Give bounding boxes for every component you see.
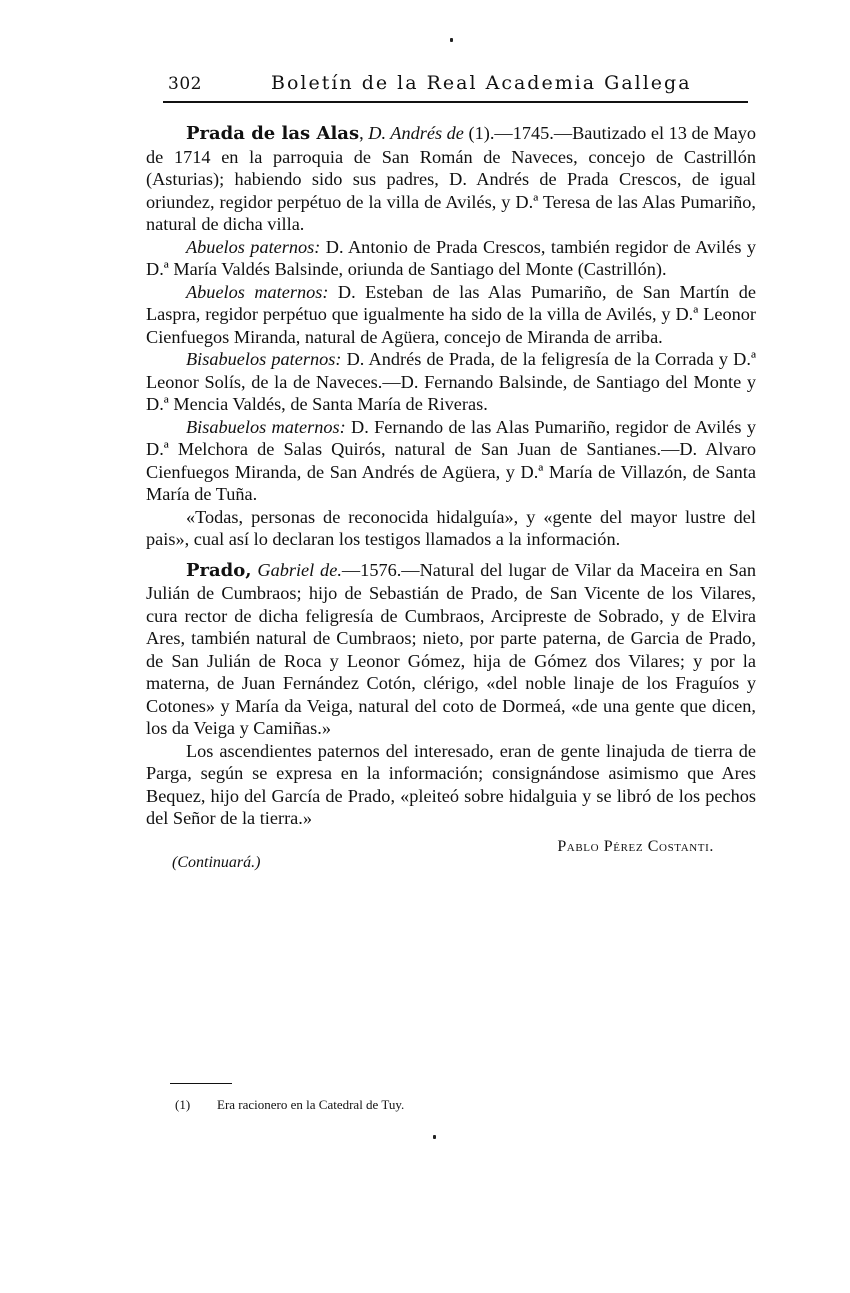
entry-headword: Prada de las Alas <box>186 123 359 144</box>
paragraph-label: Abuelos maternos: <box>186 282 328 302</box>
paragraph-label: Bisabuelos maternos: <box>186 417 346 437</box>
entry-prado-gabriel: Prado, Gabriel de.—1576.—Natural del lug… <box>146 559 756 740</box>
paragraph-text: «Todas, personas de reconocida hidalguía… <box>146 507 756 550</box>
paragraph-bisabuelos-paternos: Bisabuelos paternos: D. Andrés de Prada,… <box>146 348 756 416</box>
footnote-rule <box>170 1083 232 1084</box>
page-header: 302 Boletín de la Real Academia Gallega <box>163 70 748 102</box>
paragraph-text: Los ascendientes paternos del interesado… <box>146 741 756 829</box>
author-signature: Pablo Pérez Costanti. <box>557 836 714 859</box>
footnote-marker: (1) <box>175 1097 217 1113</box>
paragraph-bisabuelos-maternos: Bisabuelos maternos: D. Fernando de las … <box>146 416 756 506</box>
entry-prada-de-las-alas: Prada de las Alas, D. Andrés de (1).—174… <box>146 122 756 236</box>
running-title: Boletín de la Real Academia Gallega <box>271 72 692 94</box>
entry-text: —1576.—Natural del lugar de Vilar da Mac… <box>146 560 756 739</box>
page-number: 302 <box>168 74 202 94</box>
signature-row: Pablo Pérez Costanti. (Continuará.) <box>146 834 756 878</box>
continuation-note: (Continuará.) <box>172 852 260 875</box>
paragraph-ascendientes: Los ascendientes paternos del interesado… <box>146 740 756 830</box>
paragraph-label: Bisabuelos paternos: <box>186 349 341 369</box>
paragraph-abuelos-maternos: Abuelos maternos: D. Esteban de las Alas… <box>146 281 756 349</box>
paragraph-abuelos-paternos: Abuelos paternos: D. Antonio de Prada Cr… <box>146 236 756 281</box>
entry-subtitle: D. Andrés de <box>368 123 464 143</box>
scan-speck <box>433 1135 436 1139</box>
scan-speck <box>450 38 453 42</box>
document-page: 302 Boletín de la Real Academia Gallega … <box>0 0 850 1293</box>
header-rule <box>163 101 748 103</box>
paragraph-label: Abuelos paternos: <box>186 237 320 257</box>
entry-subtitle: Gabriel de. <box>257 560 342 580</box>
paragraph-quotation: «Todas, personas de reconocida hidalguía… <box>146 506 756 551</box>
footnote: (1)Era racionero en la Catedral de Tuy. <box>175 1097 404 1113</box>
article-body: Prada de las Alas, D. Andrés de (1).—174… <box>146 122 756 878</box>
entry-headword: Prado, <box>186 560 252 581</box>
footnote-text: Era racionero en la Catedral de Tuy. <box>217 1097 404 1112</box>
